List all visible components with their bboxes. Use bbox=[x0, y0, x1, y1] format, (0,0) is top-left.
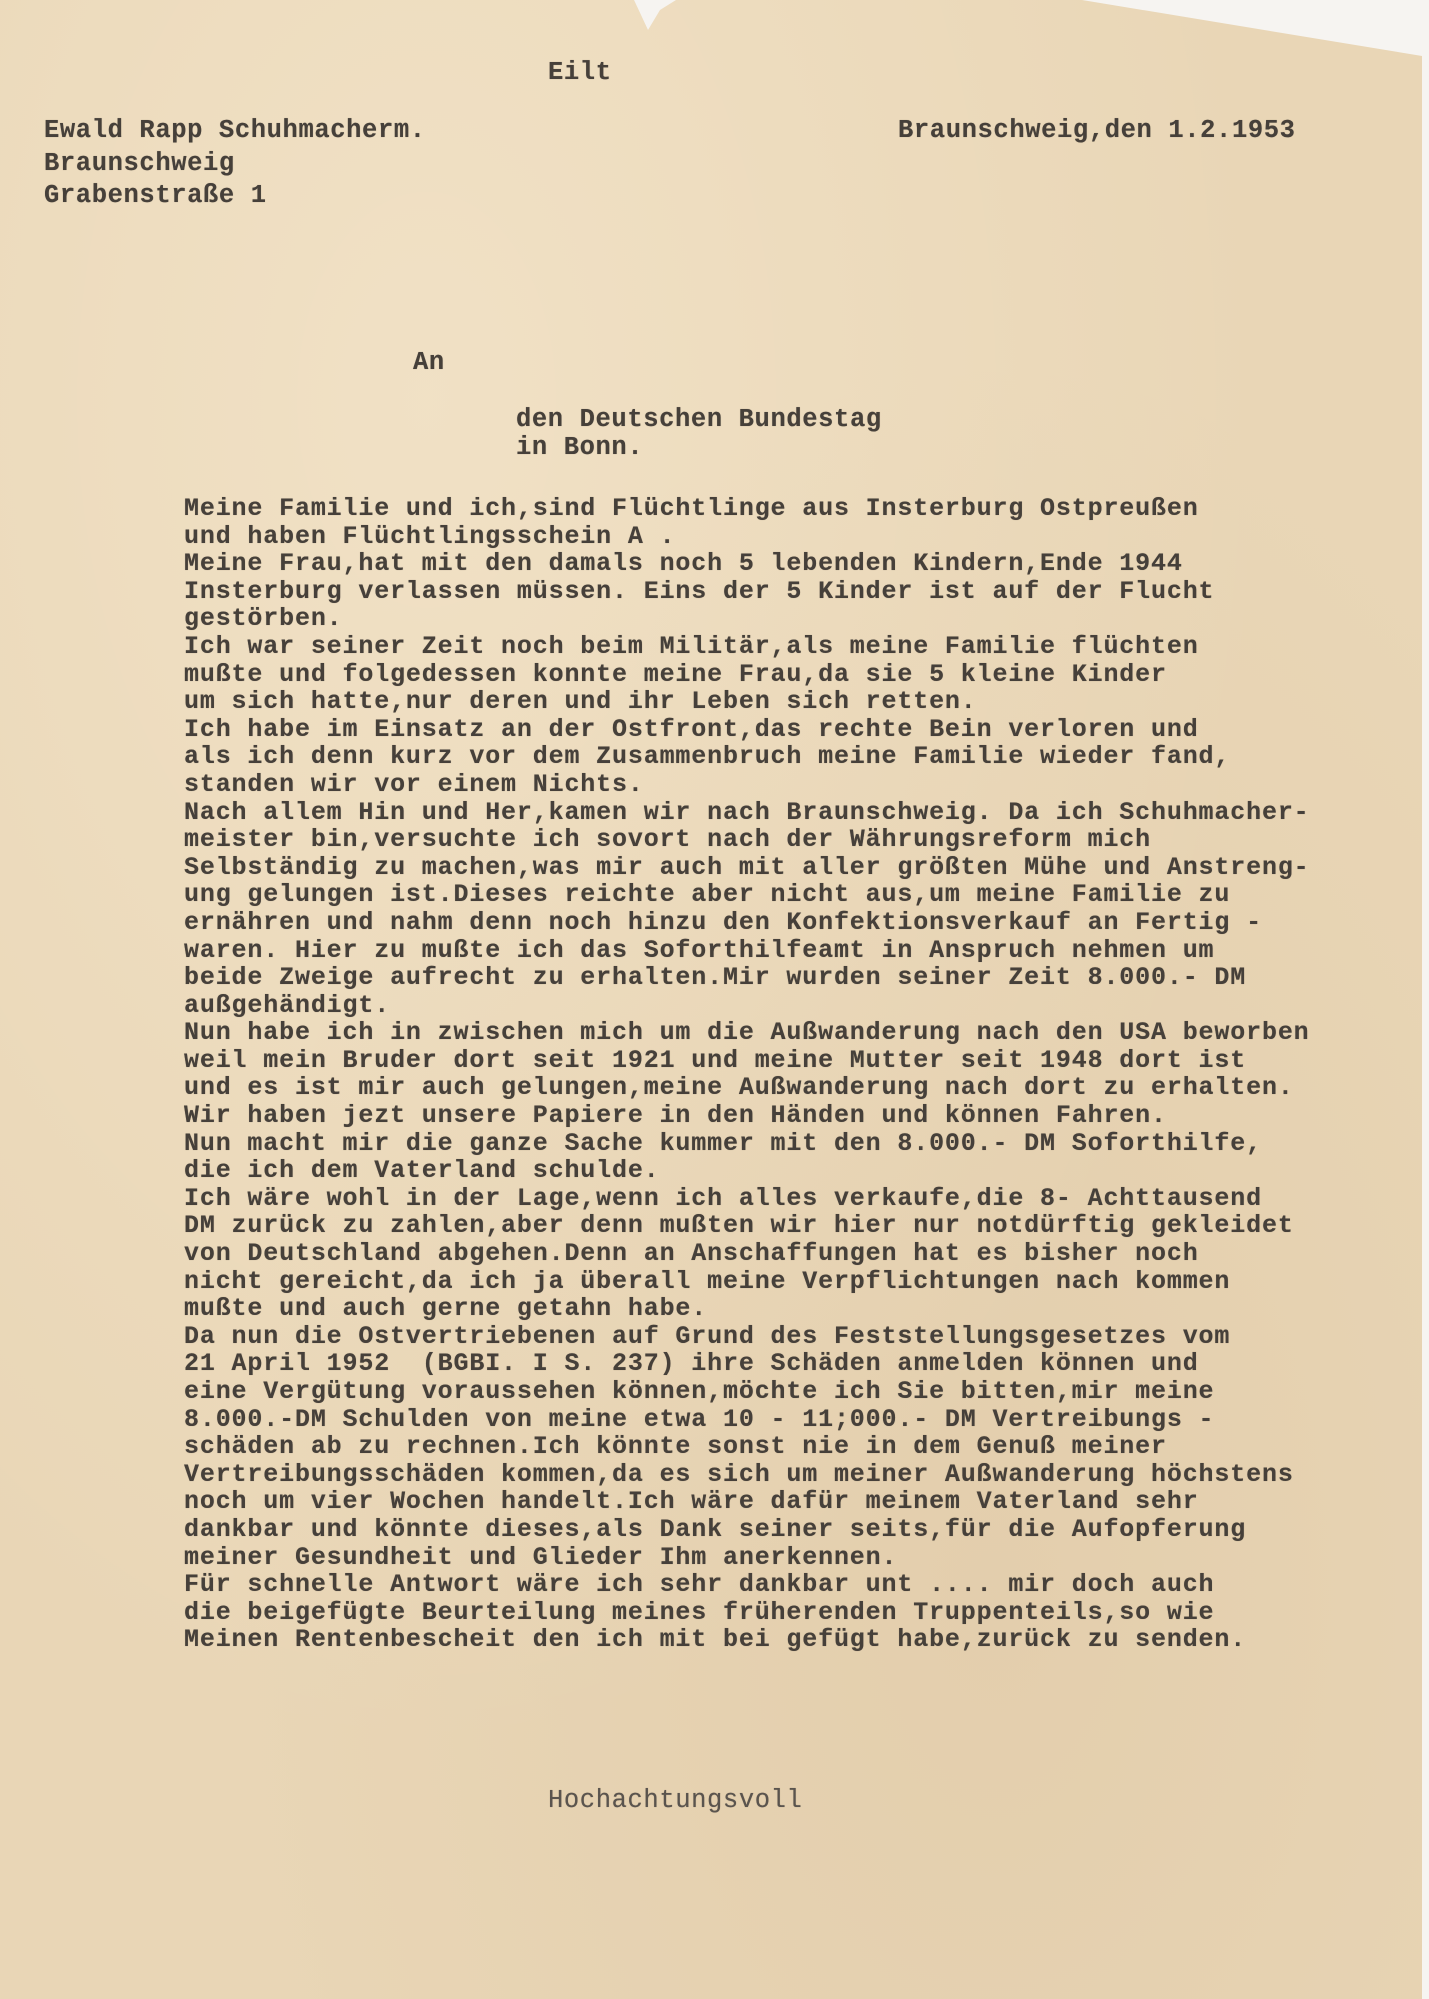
body-line: standen wir vor einem Nichts. bbox=[184, 770, 1424, 798]
body-line: noch um vier Wochen handelt.Ich wäre daf… bbox=[184, 1487, 1424, 1515]
body-line: mußte und folgedessen konnte meine Frau,… bbox=[184, 660, 1424, 688]
body-line: dankbar und könnte dieses,als Dank seine… bbox=[184, 1515, 1424, 1543]
body-line: 21 April 1952 (BGBI. I S. 237) ihre Schä… bbox=[184, 1349, 1424, 1377]
recipient-line-2: in Bonn. bbox=[516, 435, 643, 461]
body-line: Selbständig zu machen,was mir auch mit a… bbox=[184, 853, 1424, 881]
body-line: meiner Gesundheit und Glieder Ihm anerke… bbox=[184, 1543, 1424, 1571]
urgency-note: Eilt bbox=[548, 60, 612, 86]
body-line: und es ist mir auch gelungen,meine Außwa… bbox=[184, 1073, 1424, 1101]
closing-salutation: Hochachtungsvoll bbox=[548, 1788, 802, 1814]
body-line: Nach allem Hin und Her,kamen wir nach Br… bbox=[184, 798, 1424, 826]
place-and-date: Braunschweig,den 1.2.1953 bbox=[898, 118, 1296, 144]
sender-street: Grabenstraße 1 bbox=[44, 183, 267, 209]
body-line: weil mein Bruder dort seit 1921 und mein… bbox=[184, 1046, 1424, 1074]
body-line: Ich wäre wohl in der Lage,wenn ich alles… bbox=[184, 1184, 1424, 1212]
body-line: Meine Frau,hat mit den damals noch 5 leb… bbox=[184, 549, 1424, 577]
body-line: schäden ab zu rechnen.Ich könnte sonst n… bbox=[184, 1432, 1424, 1460]
body-line: ung gelungen ist.Dieses reichte aber nic… bbox=[184, 880, 1424, 908]
body-line: Da nun die Ostvertriebenen auf Grund des… bbox=[184, 1322, 1424, 1350]
body-line: Für schnelle Antwort wäre ich sehr dankb… bbox=[184, 1570, 1424, 1598]
body-line: DM zurück zu zahlen,aber denn mußten wir… bbox=[184, 1211, 1424, 1239]
body-line: die ich dem Vaterland schulde. bbox=[184, 1156, 1424, 1184]
body-line: als ich denn kurz vor dem Zusammenbruch … bbox=[184, 742, 1424, 770]
body-line: Ich habe im Einsatz an der Ostfront,das … bbox=[184, 715, 1424, 743]
body-line: um sich hatte,nur deren und ihr Leben si… bbox=[184, 687, 1424, 715]
body-line: Wir haben jezt unsere Papiere in den Hän… bbox=[184, 1101, 1424, 1129]
sender-city: Braunschweig bbox=[44, 151, 235, 177]
recipient-prefix: An bbox=[413, 350, 445, 376]
body-line: Meine Familie und ich,sind Flüchtlinge a… bbox=[184, 494, 1424, 522]
body-line: nicht gereicht,da ich ja überall meine V… bbox=[184, 1267, 1424, 1295]
body-line: Ich war seiner Zeit noch beim Militär,al… bbox=[184, 632, 1424, 660]
body-line: mußte und auch gerne getahn habe. bbox=[184, 1294, 1424, 1322]
body-line: die beigefügte Beurteilung meines früher… bbox=[184, 1598, 1424, 1626]
body-line: außgehändigt. bbox=[184, 991, 1424, 1019]
letter-body: Meine Familie und ich,sind Flüchtlinge a… bbox=[184, 494, 1424, 1653]
body-line: eine Vergütung voraussehen können,möchte… bbox=[184, 1377, 1424, 1405]
body-line: Meinen Rentenbescheit den ich mit bei ge… bbox=[184, 1625, 1424, 1653]
body-line: meister bin,versuchte ich sovort nach de… bbox=[184, 825, 1424, 853]
body-line: Insterburg verlassen müssen. Eins der 5 … bbox=[184, 577, 1424, 605]
body-line: und haben Flüchtlingsschein A . bbox=[184, 522, 1424, 550]
body-line: Nun habe ich in zwischen mich um die Auß… bbox=[184, 1018, 1424, 1046]
body-line: beide Zweige aufrecht zu erhalten.Mir wu… bbox=[184, 963, 1424, 991]
body-line: gestörben. bbox=[184, 604, 1424, 632]
body-line: von Deutschland abgehen.Denn an Anschaff… bbox=[184, 1239, 1424, 1267]
body-line: 8.000.-DM Schulden von meine etwa 10 - 1… bbox=[184, 1405, 1424, 1433]
body-line: ernähren und nahm denn noch hinzu den Ko… bbox=[184, 908, 1424, 936]
sender-name: Ewald Rapp Schuhmacherm. bbox=[44, 118, 426, 144]
body-line: waren. Hier zu mußte ich das Soforthilfe… bbox=[184, 936, 1424, 964]
body-line: Vertreibungsschäden kommen,da es sich um… bbox=[184, 1460, 1424, 1488]
recipient-line-1: den Deutschen Bundestag bbox=[516, 407, 882, 433]
body-line: Nun macht mir die ganze Sache kummer mit… bbox=[184, 1129, 1424, 1157]
